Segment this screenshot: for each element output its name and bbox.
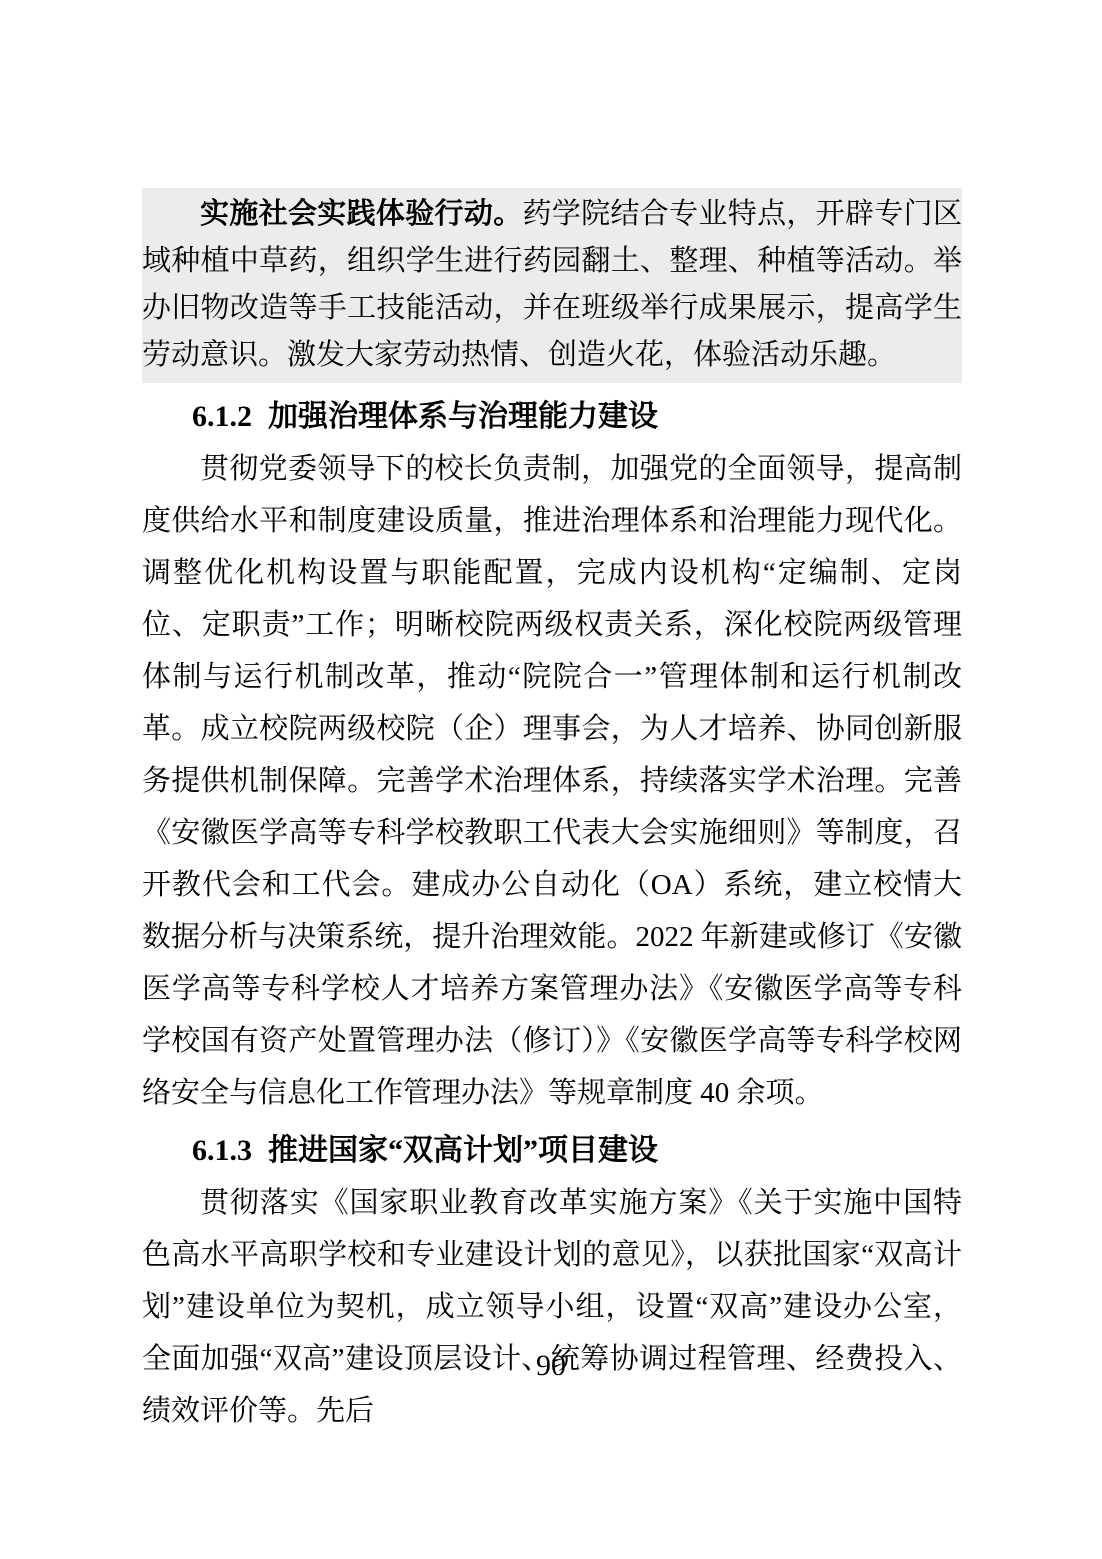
document-page: 实施社会实践体验行动。药学院结合专业特点，开辟专门区域种植中草药，组织学生进行药… [0, 0, 1102, 1559]
section-paragraph-6-1-3: 贯彻落实《国家职业教育改革实施方案》《关于实施中国特色高水平高职学校和专业建设计… [142, 1177, 962, 1437]
page-content: 实施社会实践体验行动。药学院结合专业特点，开辟专门区域种植中草药，组织学生进行药… [142, 188, 962, 1437]
section-heading-6-1-3: 6.1.3推进国家“双高计划”项目建设 [142, 1125, 962, 1177]
section-paragraph-6-1-2: 贯彻党委领导下的校长负责制，加强党的全面领导，提高制度供给水平和制度建设质量，推… [142, 443, 962, 1119]
highlighted-paragraph: 实施社会实践体验行动。药学院结合专业特点，开辟专门区域种植中草药，组织学生进行药… [142, 188, 962, 383]
section-heading-6-1-2: 6.1.2加强治理体系与治理能力建设 [142, 391, 962, 443]
section-title: 推进国家“双高计划”项目建设 [268, 1134, 658, 1167]
section-title: 加强治理体系与治理能力建设 [268, 400, 658, 433]
paragraph-lead-bold: 实施社会实践体验行动。 [200, 198, 523, 230]
section-number: 6.1.3 [192, 1134, 252, 1167]
section-number: 6.1.2 [192, 400, 252, 433]
page-number: 90 [0, 1340, 1102, 1392]
